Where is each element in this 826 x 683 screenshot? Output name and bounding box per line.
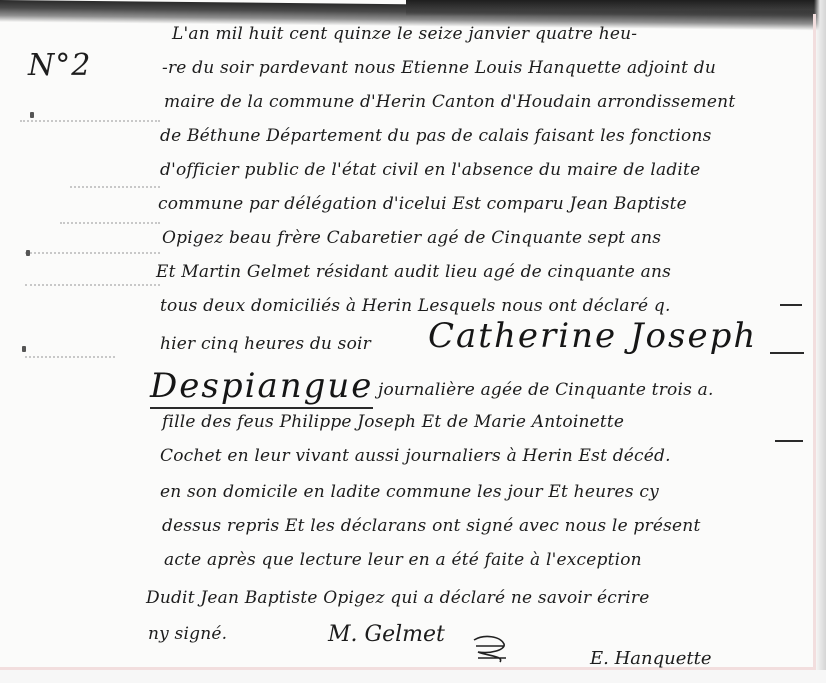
text-line: Et Martin Gelmet résidant audit lieu agé…	[156, 262, 671, 282]
text-line: Opigez beau frère Cabaretier agé de Cinq…	[162, 228, 661, 248]
text-line: Cochet en leur vivant aussi journaliers …	[160, 446, 671, 466]
text-line: en son domicile en ladite commune les jo…	[160, 482, 659, 502]
text-line: acte après que lecture leur en a été fai…	[164, 550, 642, 570]
line-end-dash	[775, 440, 803, 442]
text-line: Dudit Jean Baptiste Opigez qui a déclaré…	[146, 588, 650, 608]
margin-bleed-through	[25, 356, 115, 364]
text-line: ny signé.	[148, 624, 227, 644]
scanned-document-page: N°2 L'an mil huit cent quinze le seize j…	[0, 0, 826, 683]
margin-ink-mark	[22, 346, 26, 352]
witness-signature: M. Gelmet	[328, 622, 445, 647]
scan-top-shadow-right	[406, 0, 826, 16]
margin-ink-mark	[26, 250, 30, 256]
deceased-first-names: Catherine Joseph	[428, 316, 757, 356]
act-number: N°2	[28, 48, 91, 83]
scan-bottom-strip	[0, 670, 826, 683]
margin-bleed-through	[25, 284, 160, 292]
line-end-dash	[770, 352, 804, 354]
text-line: L'an mil huit cent quinze le seize janvi…	[172, 24, 637, 44]
text-line: maire de la commune d'Herin Canton d'Hou…	[164, 92, 735, 112]
deceased-surname: Despiangue	[150, 366, 373, 409]
text-line: fille des feus Philippe Joseph Et de Mar…	[162, 412, 624, 432]
margin-bleed-through	[70, 186, 160, 194]
text-line: de Béthune Département du pas de calais …	[160, 126, 712, 146]
line-end-dash	[780, 304, 802, 306]
margin-bleed-through	[60, 222, 160, 230]
page-frame-right	[813, 14, 816, 669]
text-line: dessus repris Et les déclarans ont signé…	[162, 516, 700, 536]
text-line: commune par délégation d'icelui Est comp…	[158, 194, 687, 214]
text-line: -re du soir pardevant nous Etienne Louis…	[162, 58, 716, 78]
signature-flourish-icon	[470, 632, 510, 666]
margin-ink-mark	[30, 112, 34, 118]
margin-bleed-through	[25, 252, 160, 260]
officer-signature: E. Hanquette	[590, 648, 712, 669]
text-line: hier cinq heures du soir	[160, 334, 371, 354]
text-line: journalière agée de Cinquante trois a.	[378, 380, 714, 400]
text-line: d'officier public de l'état civil en l'a…	[160, 160, 700, 180]
margin-bleed-through	[20, 120, 160, 128]
text-line: tous deux domiciliés à Herin Lesquels no…	[160, 296, 671, 316]
